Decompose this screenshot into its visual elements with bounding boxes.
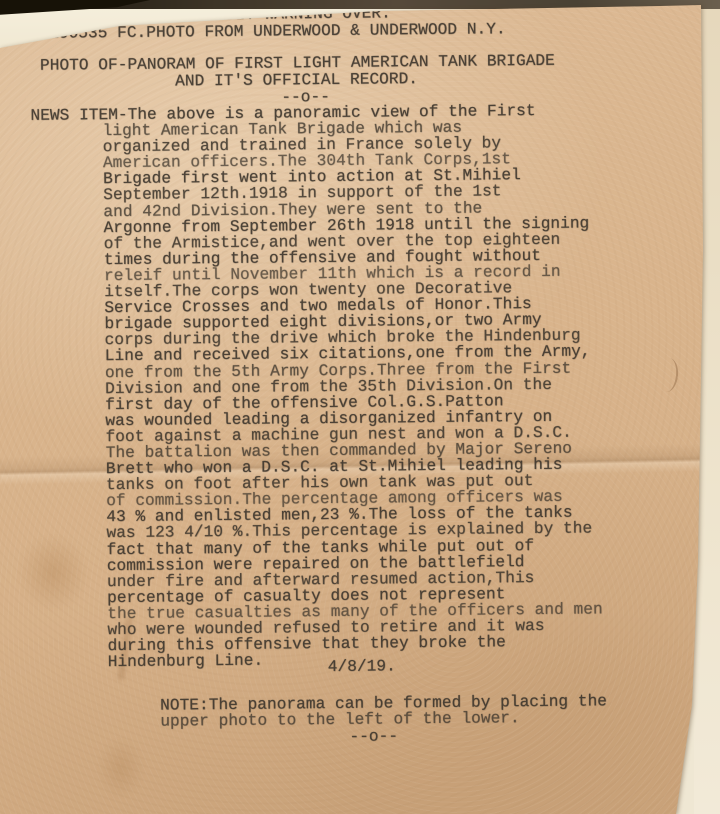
caption-sheet-shadow: CREDIT WARNING OVER. S.190535 FC.PHOTO F… [0,0,720,814]
scanned-photo-caption: CREDIT WARNING OVER. S.190535 FC.PHOTO F… [0,0,720,814]
text-line: The battalion was then commanded by Majo… [106,440,602,461]
title-line-2: AND IT'S OFFICIAL RECORD. [175,71,418,89]
photo-id-line: S.190535 FC.PHOTO FROM UNDERWOOD & UNDER… [30,21,506,42]
date-line: 4/8/19. [328,658,396,675]
note-text: NOTE:The panorama can be formed by placi… [160,693,607,729]
typewritten-text: CREDIT WARNING OVER. S.190535 FC.PHOTO F… [0,0,720,814]
caption-sheet: CREDIT WARNING OVER. S.190535 FC.PHOTO F… [0,0,720,814]
credit-line: CREDIT WARNING OVER. [196,5,390,23]
news-item-text: NEWS ITEM-The above is a panoramic view … [102,102,603,670]
footer-divider: --o-- [349,728,398,745]
